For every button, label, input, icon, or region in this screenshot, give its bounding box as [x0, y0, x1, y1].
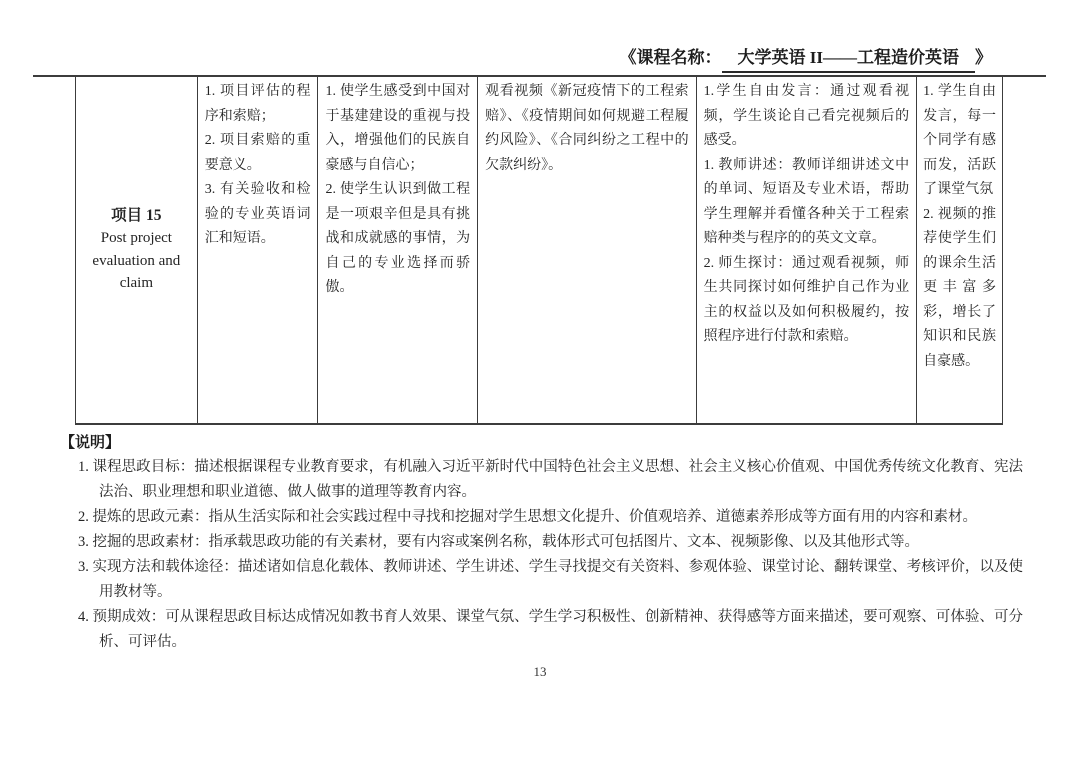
course-title-header: 《课程名称：大学英语 II——工程造价英语》 [0, 46, 992, 73]
method-item: 1. 教师讲述：教师详细讲述文中的单词、短语及专业术语，帮助学生理解并看懂各种关… [704, 154, 910, 252]
course-name-underlined: 大学英语 II——工程造价英语 [722, 46, 975, 73]
objective-item: 1. 项目评估的程序和索赔； [205, 80, 311, 129]
note-item: 4. 预期成效：可从课程思政目标达成情况如教书育人效果、课堂气氛、学生学习积极性… [78, 605, 1023, 655]
project-number: 项目 15 [111, 204, 161, 227]
note-item: 1. 课程思政目标：描述根据课程专业教育要求，有机融入习近平新时代中国特色社会主… [78, 455, 1023, 505]
material-item: 观看视频《新冠疫情下的工程索赔》、《疫情期间如何规避工程履约风险》、《合同纠纷之… [485, 80, 689, 178]
cell-ideological-materials: 观看视频《新冠疫情下的工程索赔》、《疫情期间如何规避工程履约风险》、《合同纠纷之… [478, 76, 697, 423]
outcome-item: 2. 视频的推荐使学生们的课余生活更丰富多彩，增长了知识和民族自豪感。 [923, 203, 996, 375]
cell-methods-and-carriers: 1.学生自由发言：通过观看视频，学生谈论自己看完视频后的感受。 1. 教师讲述：… [697, 76, 918, 423]
course-title-suffix: 》 [975, 48, 992, 67]
note-item: 2. 提炼的思政元素：指从生活实际和社会实践过程中寻找和挖掘对学生思想文化提升、… [78, 505, 1023, 530]
document-page: 《课程名称：大学英语 II——工程造价英语》 项目 15 Post projec… [0, 0, 1080, 764]
element-item: 1. 使学生感受到中国对于基建建设的重视与投入，增强他们的民族自豪感与自信心； [325, 80, 470, 178]
cell-project: 项目 15 Post project evaluation and claim [76, 76, 198, 423]
objective-item: 3. 有关验收和检验的专业英语词汇和短语。 [205, 178, 311, 252]
page-number: 13 [0, 664, 1080, 680]
notes-section: 【说明】 1. 课程思政目标：描述根据课程专业教育要求，有机融入习近平新时代中国… [60, 431, 1023, 655]
cell-ideological-objectives: 1. 项目评估的程序和索赔； 2. 项目索赔的重要意义。 3. 有关验收和检验的… [198, 76, 319, 423]
objective-item: 2. 项目索赔的重要意义。 [205, 129, 311, 178]
cell-expected-outcomes: 1. 学生自由发言，每一个同学有感而发，活跃了课堂气氛 2. 视频的推荐使学生们… [917, 76, 1002, 423]
curriculum-table: 项目 15 Post project evaluation and claim … [75, 76, 1003, 425]
method-item: 1.学生自由发言：通过观看视频，学生谈论自己看完视频后的感受。 [704, 80, 910, 154]
note-item: 3. 实现方法和载体途径：描述诸如信息化载体、教师讲述、学生讲述、学生寻找提交有… [78, 555, 1023, 605]
outcome-item: 1. 学生自由发言，每一个同学有感而发，活跃了课堂气氛 [923, 80, 996, 203]
cell-ideological-elements: 1. 使学生感受到中国对于基建建设的重视与投入，增强他们的民族自豪感与自信心； … [318, 76, 478, 423]
method-item: 2. 师生探讨：通过观看视频，师生共同探讨如何维护自己作为业主的权益以及如何积极… [704, 252, 910, 350]
note-item: 3. 挖掘的思政素材：指承载思政功能的有关素材，要有内容或案例名称，载体形式可包… [78, 530, 1023, 555]
element-item: 2. 使学生认识到做工程是一项艰辛但是具有挑战和成就感的事情，为自己的专业选择而… [325, 178, 470, 301]
notes-title: 【说明】 [60, 431, 1023, 455]
course-title-prefix: 《课程名称： [620, 48, 722, 67]
project-name-english: Post project evaluation and claim [80, 227, 193, 295]
